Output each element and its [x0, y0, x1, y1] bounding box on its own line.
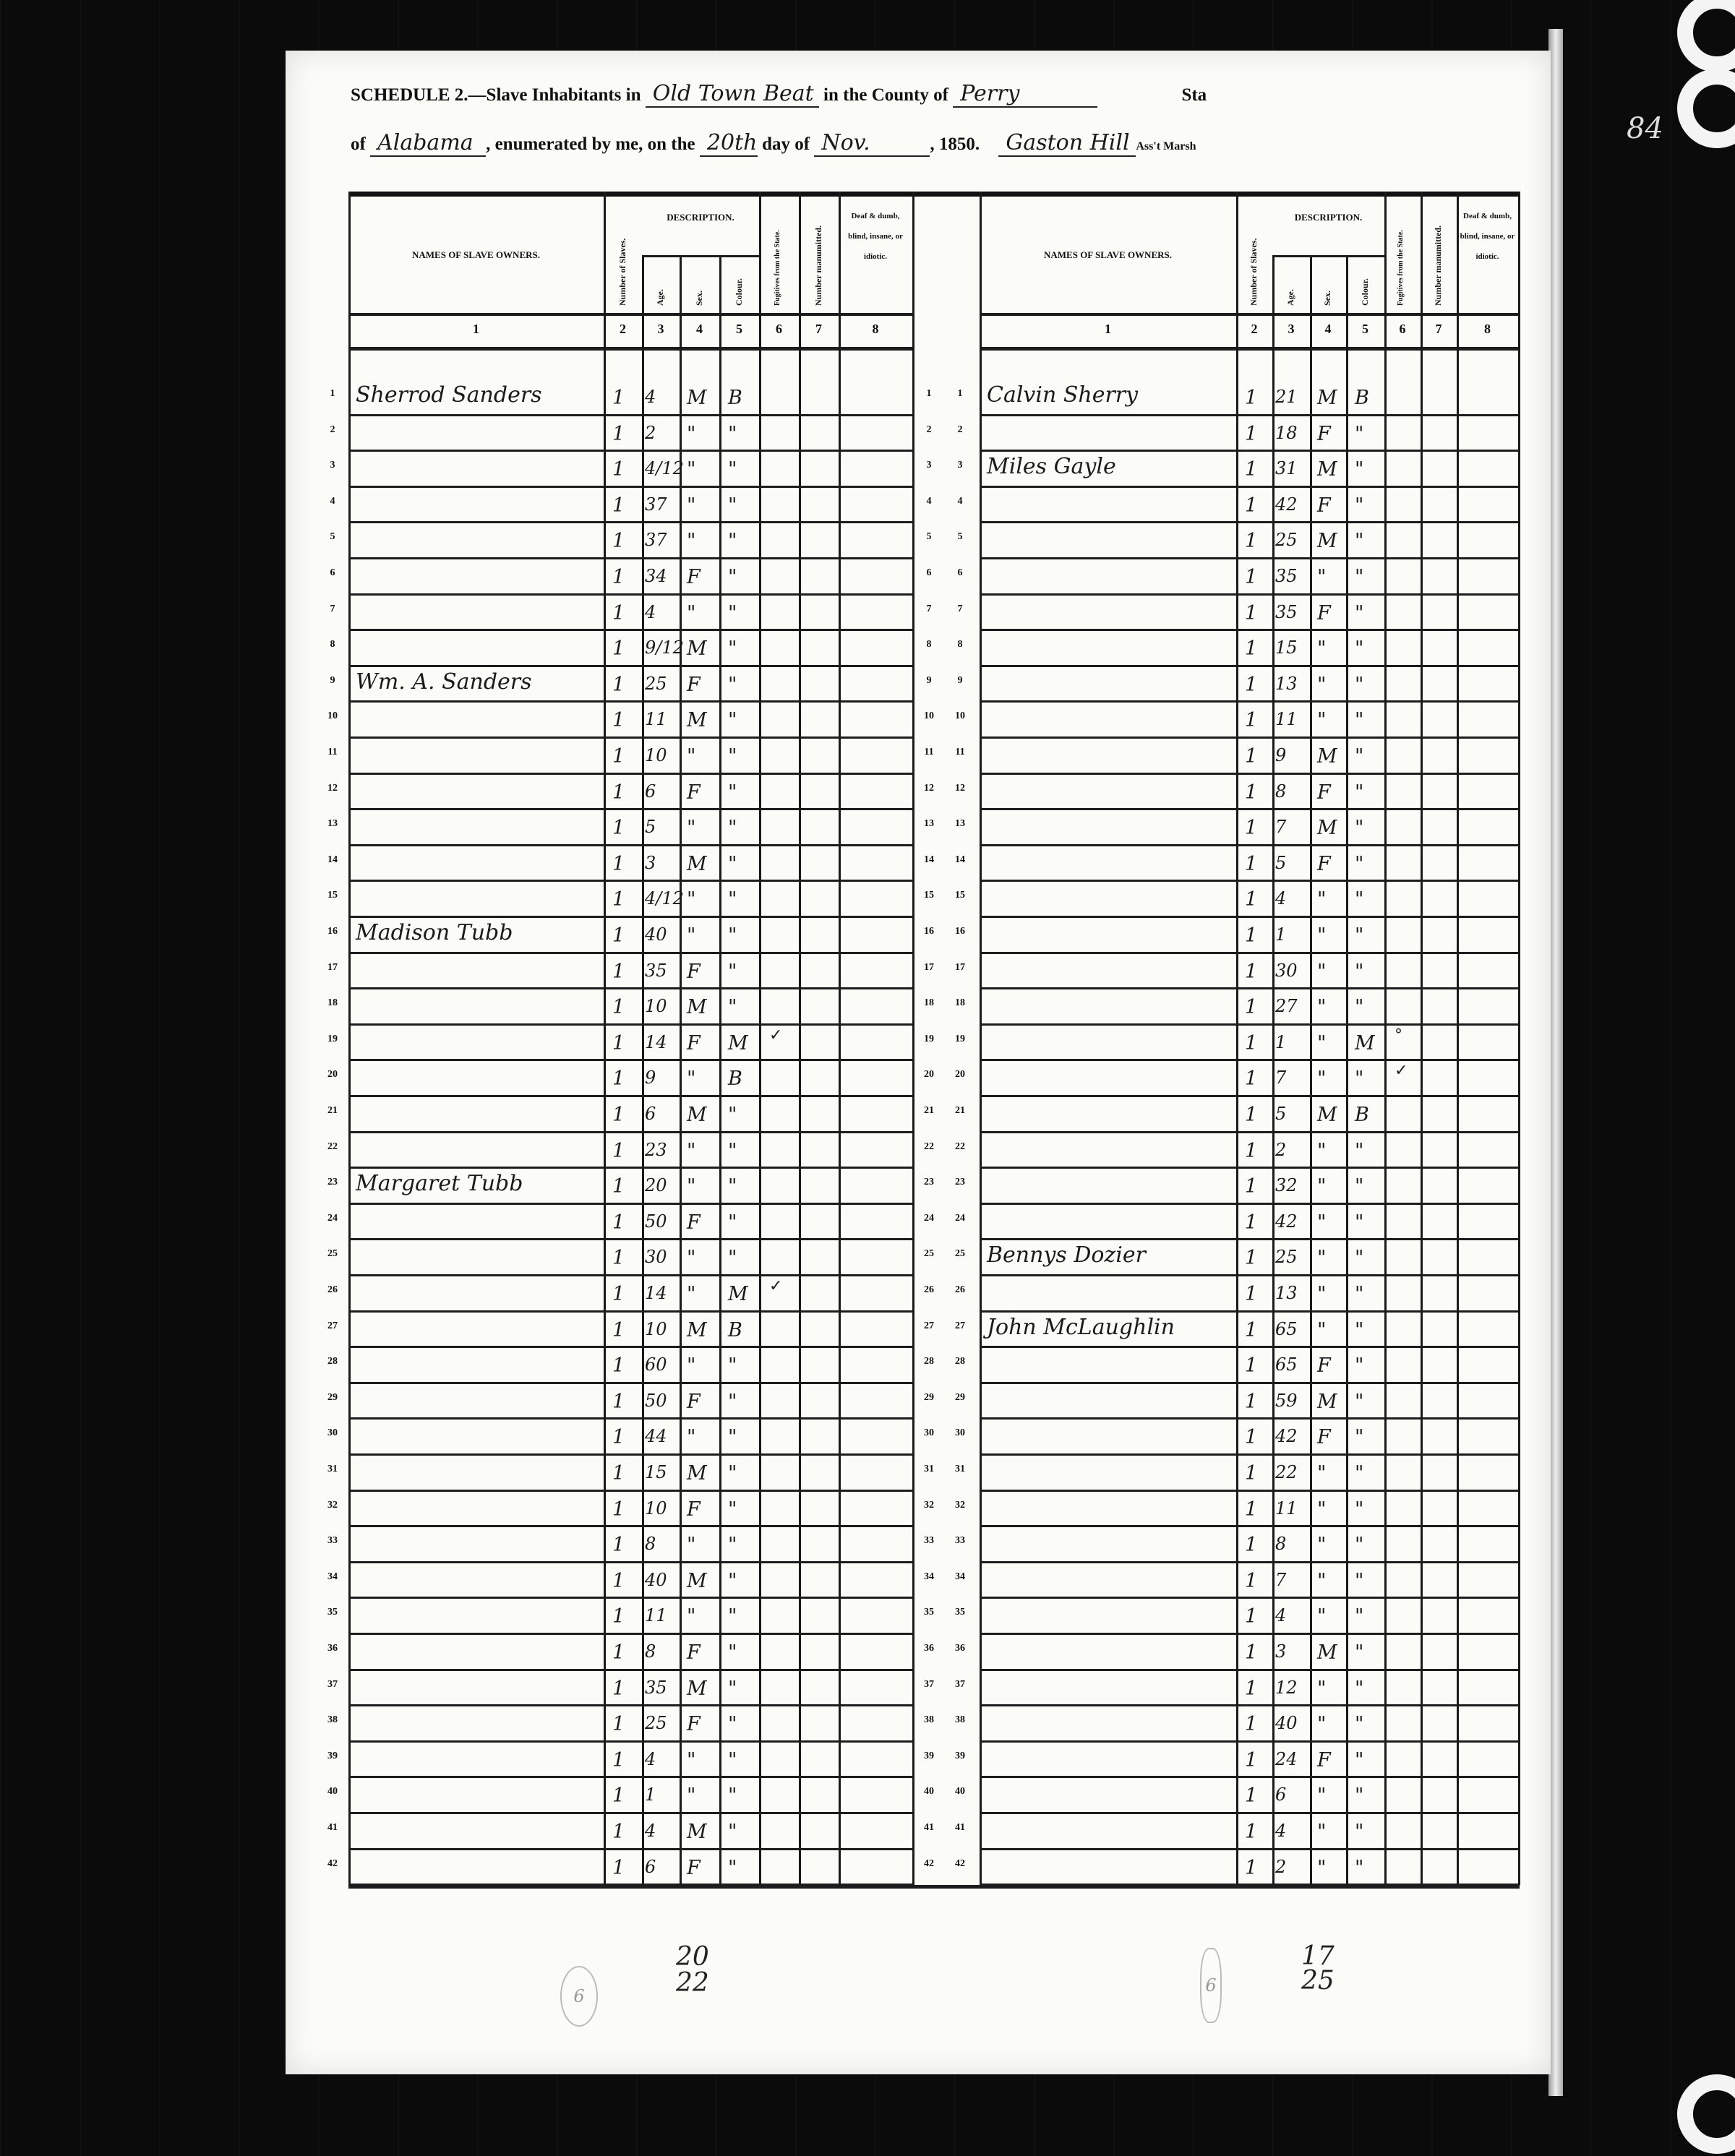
row-rule — [348, 1525, 912, 1527]
row-rule — [348, 700, 912, 703]
number-of-slaves: 1 — [1245, 1354, 1257, 1377]
line-number: 29 — [318, 1392, 347, 1404]
age-value: 31 — [1275, 458, 1298, 478]
line-number: 24 — [318, 1213, 347, 1224]
number-of-slaves: 1 — [1245, 1032, 1257, 1055]
row-rule — [348, 1740, 912, 1743]
age-value: 9/12 — [645, 637, 684, 658]
number-of-slaves: 1 — [612, 1032, 625, 1055]
sex-value: " — [1317, 1534, 1326, 1556]
row-rule — [348, 1669, 912, 1671]
sex-value: " — [1317, 1032, 1326, 1055]
check-mark-icon: ✓ — [769, 1277, 782, 1295]
row-rule — [980, 1453, 1518, 1456]
age-value: 23 — [645, 1140, 667, 1160]
colour-value: " — [728, 781, 737, 804]
colour-value: " — [728, 602, 737, 624]
sex-value: " — [1317, 1821, 1326, 1843]
line-number: 1 — [318, 388, 347, 400]
column-border — [839, 192, 841, 1885]
number-of-slaves: 1 — [1245, 1857, 1257, 1879]
age-value: 25 — [645, 1713, 667, 1733]
line-number: 13 — [318, 818, 347, 830]
sex-value: M — [687, 387, 707, 409]
colour-value: " — [728, 1104, 737, 1126]
number-of-slaves: 1 — [612, 1426, 625, 1448]
manumitted-header: Number manumitted. — [813, 202, 824, 306]
sex-value: " — [1317, 1068, 1326, 1090]
row-rule — [980, 1525, 1518, 1527]
number-of-slaves: 1 — [612, 888, 625, 911]
sex-value: " — [687, 530, 695, 552]
colour-value: " — [728, 1462, 737, 1485]
number-of-slaves: 1 — [1245, 1821, 1257, 1843]
line-number: 36 — [946, 1643, 974, 1654]
age-value: 7 — [1275, 1570, 1286, 1590]
column-border — [719, 257, 721, 1885]
age-value: 2 — [645, 423, 656, 443]
column-number: 6 — [1384, 322, 1421, 337]
number-of-slaves: 1 — [1245, 1534, 1257, 1556]
sex-value: " — [687, 1175, 695, 1198]
line-number: 10 — [914, 710, 943, 722]
marshal-field: Gaston Hill — [998, 130, 1136, 157]
county-field: Perry — [953, 81, 1097, 108]
number-of-slaves: 1 — [612, 674, 625, 696]
sex-value: " — [1317, 1498, 1326, 1521]
line-number: 17 — [946, 962, 974, 974]
row-rule — [348, 665, 912, 667]
number-of-slaves: 1 — [1245, 1641, 1257, 1664]
line-number: 36 — [318, 1643, 347, 1654]
column-border — [799, 192, 801, 1885]
line-number: 8 — [318, 639, 347, 650]
sex-value: F — [687, 1032, 701, 1055]
age-value: 35 — [645, 961, 667, 981]
line-number: 20 — [914, 1069, 943, 1081]
colour-value: " — [1355, 1319, 1363, 1341]
colour-value: " — [728, 924, 737, 947]
column-number: 8 — [839, 322, 912, 337]
line-number: 16 — [914, 926, 943, 937]
row-rule — [348, 1812, 912, 1814]
sex-value: " — [1317, 1678, 1326, 1700]
line-number: 1 — [946, 388, 974, 400]
line-number: 9 — [318, 675, 347, 687]
colnum-divider — [980, 347, 1518, 351]
number-of-slaves: 1 — [612, 1319, 625, 1341]
age-value: 18 — [1275, 423, 1298, 443]
line-number: 31 — [946, 1464, 974, 1475]
line-number: 34 — [318, 1571, 347, 1583]
number-of-slaves: 1 — [612, 1857, 625, 1879]
line-number: 21 — [946, 1105, 974, 1117]
owner-name: Bennys Dozier — [987, 1242, 1146, 1268]
number-of-slaves: 1 — [612, 637, 625, 660]
sex-value: M — [687, 996, 707, 1018]
number-of-slaves: 1 — [612, 1211, 625, 1234]
number-of-slaves: 1 — [612, 1749, 625, 1771]
line-number: 14 — [914, 854, 943, 866]
column-number: 7 — [1421, 322, 1457, 337]
line-number: 12 — [318, 783, 347, 794]
number-of-slaves: 1 — [612, 1498, 625, 1521]
row-rule — [348, 1238, 912, 1240]
age-value: 40 — [1275, 1713, 1298, 1733]
row-rule — [348, 916, 912, 918]
age-value: 37 — [645, 494, 667, 515]
line-number: 42 — [318, 1858, 347, 1870]
title-line-2: of Alabama, enumerated by me, on the 20t… — [351, 130, 1196, 157]
names-header: NAMES OF SLAVE OWNERS. — [348, 249, 604, 261]
line-number: 2 — [946, 424, 974, 436]
sex-value: M — [1317, 1641, 1337, 1664]
line-number: 1 — [914, 388, 943, 400]
owner-name: Miles Gayle — [987, 454, 1116, 479]
line-number: 20 — [946, 1069, 974, 1081]
description-header: DESCRIPTION. — [1272, 212, 1384, 223]
line-number: 35 — [914, 1607, 943, 1618]
description-divider — [1272, 255, 1384, 257]
colour-value: " — [1355, 1498, 1363, 1521]
age-value: 34 — [645, 566, 667, 586]
row-rule — [348, 1453, 912, 1456]
number-of-slaves: 1 — [1245, 1247, 1257, 1269]
age-value: 12 — [1275, 1678, 1298, 1698]
number-of-slaves: 1 — [612, 1785, 625, 1807]
header-rule — [348, 192, 1520, 197]
colour-value: " — [728, 1605, 737, 1628]
deaf-header: Deaf & dumb, blind, insane, or idiotic. — [1460, 206, 1515, 267]
age-header: Age. — [1285, 271, 1296, 306]
colnum-divider — [348, 347, 912, 351]
owner-name: Margaret Tubb — [356, 1171, 523, 1196]
colour-value: " — [1355, 781, 1363, 804]
colour-value: " — [1355, 530, 1363, 552]
age-value: 10 — [645, 996, 667, 1016]
age-value: 30 — [645, 1247, 667, 1267]
line-number: 39 — [914, 1751, 943, 1762]
colour-value: " — [1355, 1713, 1363, 1735]
age-value: 9 — [1275, 745, 1286, 765]
line-number: 40 — [946, 1786, 974, 1798]
row-rule — [980, 1597, 1518, 1599]
line-number: 6 — [318, 567, 347, 579]
number-of-slaves: 1 — [1245, 709, 1257, 731]
colour-value: " — [728, 1678, 737, 1700]
age-value: 3 — [645, 853, 656, 873]
sex-value: " — [687, 458, 695, 481]
locality-field: Old Town Beat — [646, 81, 819, 108]
row-rule — [980, 1203, 1518, 1205]
colour-value: " — [1355, 494, 1363, 517]
line-number: 21 — [318, 1105, 347, 1117]
age-value: 7 — [1275, 1068, 1286, 1088]
manumitted-header: Number manumitted. — [1433, 202, 1444, 306]
row-rule — [980, 700, 1518, 703]
header-divider — [980, 313, 1518, 316]
colour-value: " — [1355, 1140, 1363, 1162]
colour-value: " — [1355, 1678, 1363, 1700]
line-number: 8 — [946, 639, 974, 650]
row-rule — [348, 1704, 912, 1706]
sex-value: " — [1317, 1462, 1326, 1485]
number-of-slaves: 1 — [612, 1570, 625, 1592]
colour-value: " — [728, 1785, 737, 1807]
sex-value: " — [1317, 1247, 1326, 1269]
row-rule — [348, 773, 912, 775]
line-number: 25 — [318, 1248, 347, 1260]
colour-value: " — [1355, 1605, 1363, 1628]
age-value: 25 — [1275, 1247, 1298, 1267]
number-of-slaves: 1 — [1245, 602, 1257, 624]
colour-value: " — [728, 745, 737, 768]
column-number: 2 — [604, 322, 642, 337]
row-rule — [980, 665, 1518, 667]
sex-value: " — [687, 494, 695, 517]
line-number: 27 — [914, 1320, 943, 1332]
number-of-slaves: 1 — [1245, 817, 1257, 839]
row-rule — [348, 1023, 912, 1026]
line-number: 18 — [914, 997, 943, 1009]
colour-header: Colour. — [1360, 271, 1371, 306]
line-number: 6 — [946, 567, 974, 579]
colour-value: M — [728, 1283, 748, 1305]
number-of-slaves: 1 — [612, 1821, 625, 1843]
colour-value: " — [728, 1498, 737, 1521]
row-rule — [980, 1238, 1518, 1240]
row-rule — [980, 736, 1518, 739]
line-number: 9 — [914, 675, 943, 687]
number-of-slaves: 1 — [1245, 530, 1257, 552]
row-rule — [348, 557, 912, 559]
line-number: 15 — [946, 890, 974, 901]
age-value: 7 — [1275, 817, 1286, 837]
sex-value: M — [687, 1570, 707, 1592]
sex-value: F — [687, 781, 701, 804]
colour-value: " — [728, 1211, 737, 1234]
age-value: 2 — [1275, 1857, 1286, 1877]
age-value: 11 — [645, 709, 667, 729]
colour-value: " — [728, 1175, 737, 1198]
sex-value: " — [1317, 924, 1326, 947]
colour-value: " — [1355, 1426, 1363, 1448]
right-total: 17 25 — [1301, 1944, 1335, 1993]
number-of-slaves: 1 — [1245, 924, 1257, 947]
line-number: 15 — [914, 890, 943, 901]
line-number: 40 — [318, 1786, 347, 1798]
line-number: 24 — [946, 1213, 974, 1224]
sex-value: M — [687, 1821, 707, 1843]
number-of-slaves: 1 — [612, 423, 625, 445]
line-number: 41 — [318, 1822, 347, 1834]
number-of-slaves: 1 — [612, 1713, 625, 1735]
row-rule — [348, 1597, 912, 1599]
line-number: 28 — [914, 1356, 943, 1367]
number-of-slaves: 1 — [612, 1462, 625, 1485]
line-number: 23 — [914, 1177, 943, 1188]
colour-value: B — [728, 1068, 742, 1090]
age-value: 11 — [1275, 1498, 1298, 1519]
row-rule — [980, 1848, 1518, 1850]
row-rule — [980, 1490, 1518, 1492]
colour-value: " — [1355, 1211, 1363, 1234]
sex-value: " — [687, 1534, 695, 1556]
row-rule — [348, 1490, 912, 1492]
colour-value: " — [1355, 1857, 1363, 1879]
colour-value: " — [1355, 602, 1363, 624]
colour-value: " — [728, 996, 737, 1018]
age-value: 4 — [1275, 888, 1286, 909]
line-number: 31 — [318, 1464, 347, 1475]
line-number: 7 — [914, 604, 943, 615]
age-value: 4 — [645, 387, 656, 407]
line-number: 34 — [914, 1571, 943, 1583]
number-of-slaves: 1 — [612, 1140, 625, 1162]
age-header: Age. — [655, 271, 666, 306]
age-value: 50 — [645, 1211, 667, 1232]
sex-value: F — [687, 1211, 701, 1234]
number-of-slaves: 1 — [612, 924, 625, 947]
number-of-slaves: 1 — [612, 566, 625, 588]
left-page-circle: 6 — [560, 1966, 598, 2027]
sex-value: F — [1317, 1354, 1331, 1377]
age-value: 22 — [1275, 1462, 1298, 1482]
sex-value: " — [1317, 637, 1326, 660]
age-value: 15 — [1275, 637, 1298, 658]
sex-value: " — [687, 1247, 695, 1269]
row-rule — [980, 987, 1518, 989]
age-value: 21 — [1275, 387, 1298, 407]
line-number: 32 — [318, 1500, 347, 1511]
colour-value: " — [728, 458, 737, 481]
colour-value: " — [1355, 1785, 1363, 1807]
line-number: 10 — [318, 710, 347, 722]
row-rule — [348, 1776, 912, 1778]
colour-value: " — [728, 1354, 737, 1377]
age-value: 1 — [645, 1785, 656, 1805]
owner-name: Sherrod Sanders — [356, 382, 542, 408]
age-value: 40 — [645, 1570, 667, 1590]
colour-value: " — [728, 1749, 737, 1771]
colour-value: B — [1355, 1104, 1369, 1126]
colour-value: " — [1355, 1570, 1363, 1592]
sex-value: F — [1317, 602, 1331, 624]
row-rule — [348, 1167, 912, 1169]
age-value: 4 — [645, 602, 656, 622]
line-number: 33 — [914, 1535, 943, 1547]
sex-value: " — [1317, 1605, 1326, 1628]
colour-value: " — [728, 566, 737, 588]
row-rule — [348, 844, 912, 846]
row-rule — [980, 486, 1518, 488]
sex-value: " — [1317, 1140, 1326, 1162]
sex-value: " — [1317, 961, 1326, 983]
sex-value: F — [687, 674, 701, 696]
sex-value: " — [1317, 1785, 1326, 1807]
colour-value: " — [728, 1391, 737, 1413]
colour-value: " — [1355, 1175, 1363, 1198]
age-value: 5 — [645, 817, 656, 837]
age-value: 3 — [1275, 1641, 1286, 1662]
colour-value: " — [1355, 458, 1363, 481]
line-number: 10 — [946, 710, 974, 722]
sex-value: M — [687, 1319, 707, 1341]
row-rule — [980, 1346, 1518, 1348]
colour-value: " — [728, 423, 737, 445]
line-number: 42 — [914, 1858, 943, 1870]
column-border — [1518, 192, 1520, 1885]
sex-value: " — [687, 888, 695, 911]
column-border — [1236, 192, 1238, 1885]
sex-value: " — [1317, 1570, 1326, 1592]
number-of-slaves: 1 — [1245, 1785, 1257, 1807]
column-border — [1346, 257, 1348, 1885]
line-number: 17 — [914, 962, 943, 974]
fugitives-header: Fugitives from the State. — [774, 202, 781, 306]
age-value: 4 — [645, 1821, 656, 1841]
line-number: 28 — [946, 1356, 974, 1367]
line-number: 35 — [946, 1607, 974, 1618]
row-rule — [980, 629, 1518, 631]
number-of-slaves: 1 — [1245, 1104, 1257, 1126]
row-rule — [348, 1561, 912, 1563]
check-mark-icon: ° — [1395, 1026, 1402, 1044]
number-of-slaves: 1 — [1245, 1175, 1257, 1198]
number-of-slaves: 1 — [1245, 1211, 1257, 1234]
number-of-slaves: 1 — [612, 1391, 625, 1413]
colour-value: B — [1355, 387, 1369, 409]
sex-value: F — [1317, 1426, 1331, 1448]
line-number: 5 — [318, 531, 347, 543]
age-value: 15 — [645, 1462, 667, 1482]
line-number: 42 — [946, 1858, 974, 1870]
column-number: 4 — [1310, 322, 1346, 337]
line-number: 33 — [318, 1535, 347, 1547]
age-value: 6 — [645, 781, 656, 802]
line-number: 18 — [318, 997, 347, 1009]
number-of-slaves: 1 — [612, 817, 625, 839]
row-rule — [980, 844, 1518, 846]
row-rule — [980, 1095, 1518, 1097]
line-number: 16 — [946, 926, 974, 937]
sex-value: M — [1317, 817, 1337, 839]
sex-value: " — [687, 1426, 695, 1448]
number-of-slaves: 1 — [612, 1247, 625, 1269]
colour-value: " — [1355, 1821, 1363, 1843]
sex-value: " — [687, 817, 695, 839]
sex-value: M — [1317, 745, 1337, 768]
line-number: 27 — [318, 1320, 347, 1332]
number-of-slaves: 1 — [612, 1104, 625, 1126]
age-value: 25 — [1275, 530, 1298, 550]
fugitives-header: Fugitives from the State. — [1397, 202, 1405, 306]
sex-value: " — [1317, 1283, 1326, 1305]
sex-value: F — [1317, 853, 1331, 875]
line-number: 30 — [914, 1427, 943, 1439]
sex-value: " — [687, 1749, 695, 1771]
age-value: 13 — [1275, 674, 1298, 694]
line-number: 26 — [318, 1284, 347, 1296]
number-of-slaves: 1 — [1245, 458, 1257, 481]
colour-value: " — [1355, 1462, 1363, 1485]
owner-name: Calvin Sherry — [987, 382, 1138, 408]
sex-value: F — [1317, 781, 1331, 804]
age-value: 4 — [1275, 1605, 1286, 1625]
colour-value: " — [1355, 1391, 1363, 1413]
row-rule — [348, 987, 912, 989]
column-number: 1 — [980, 322, 1236, 337]
